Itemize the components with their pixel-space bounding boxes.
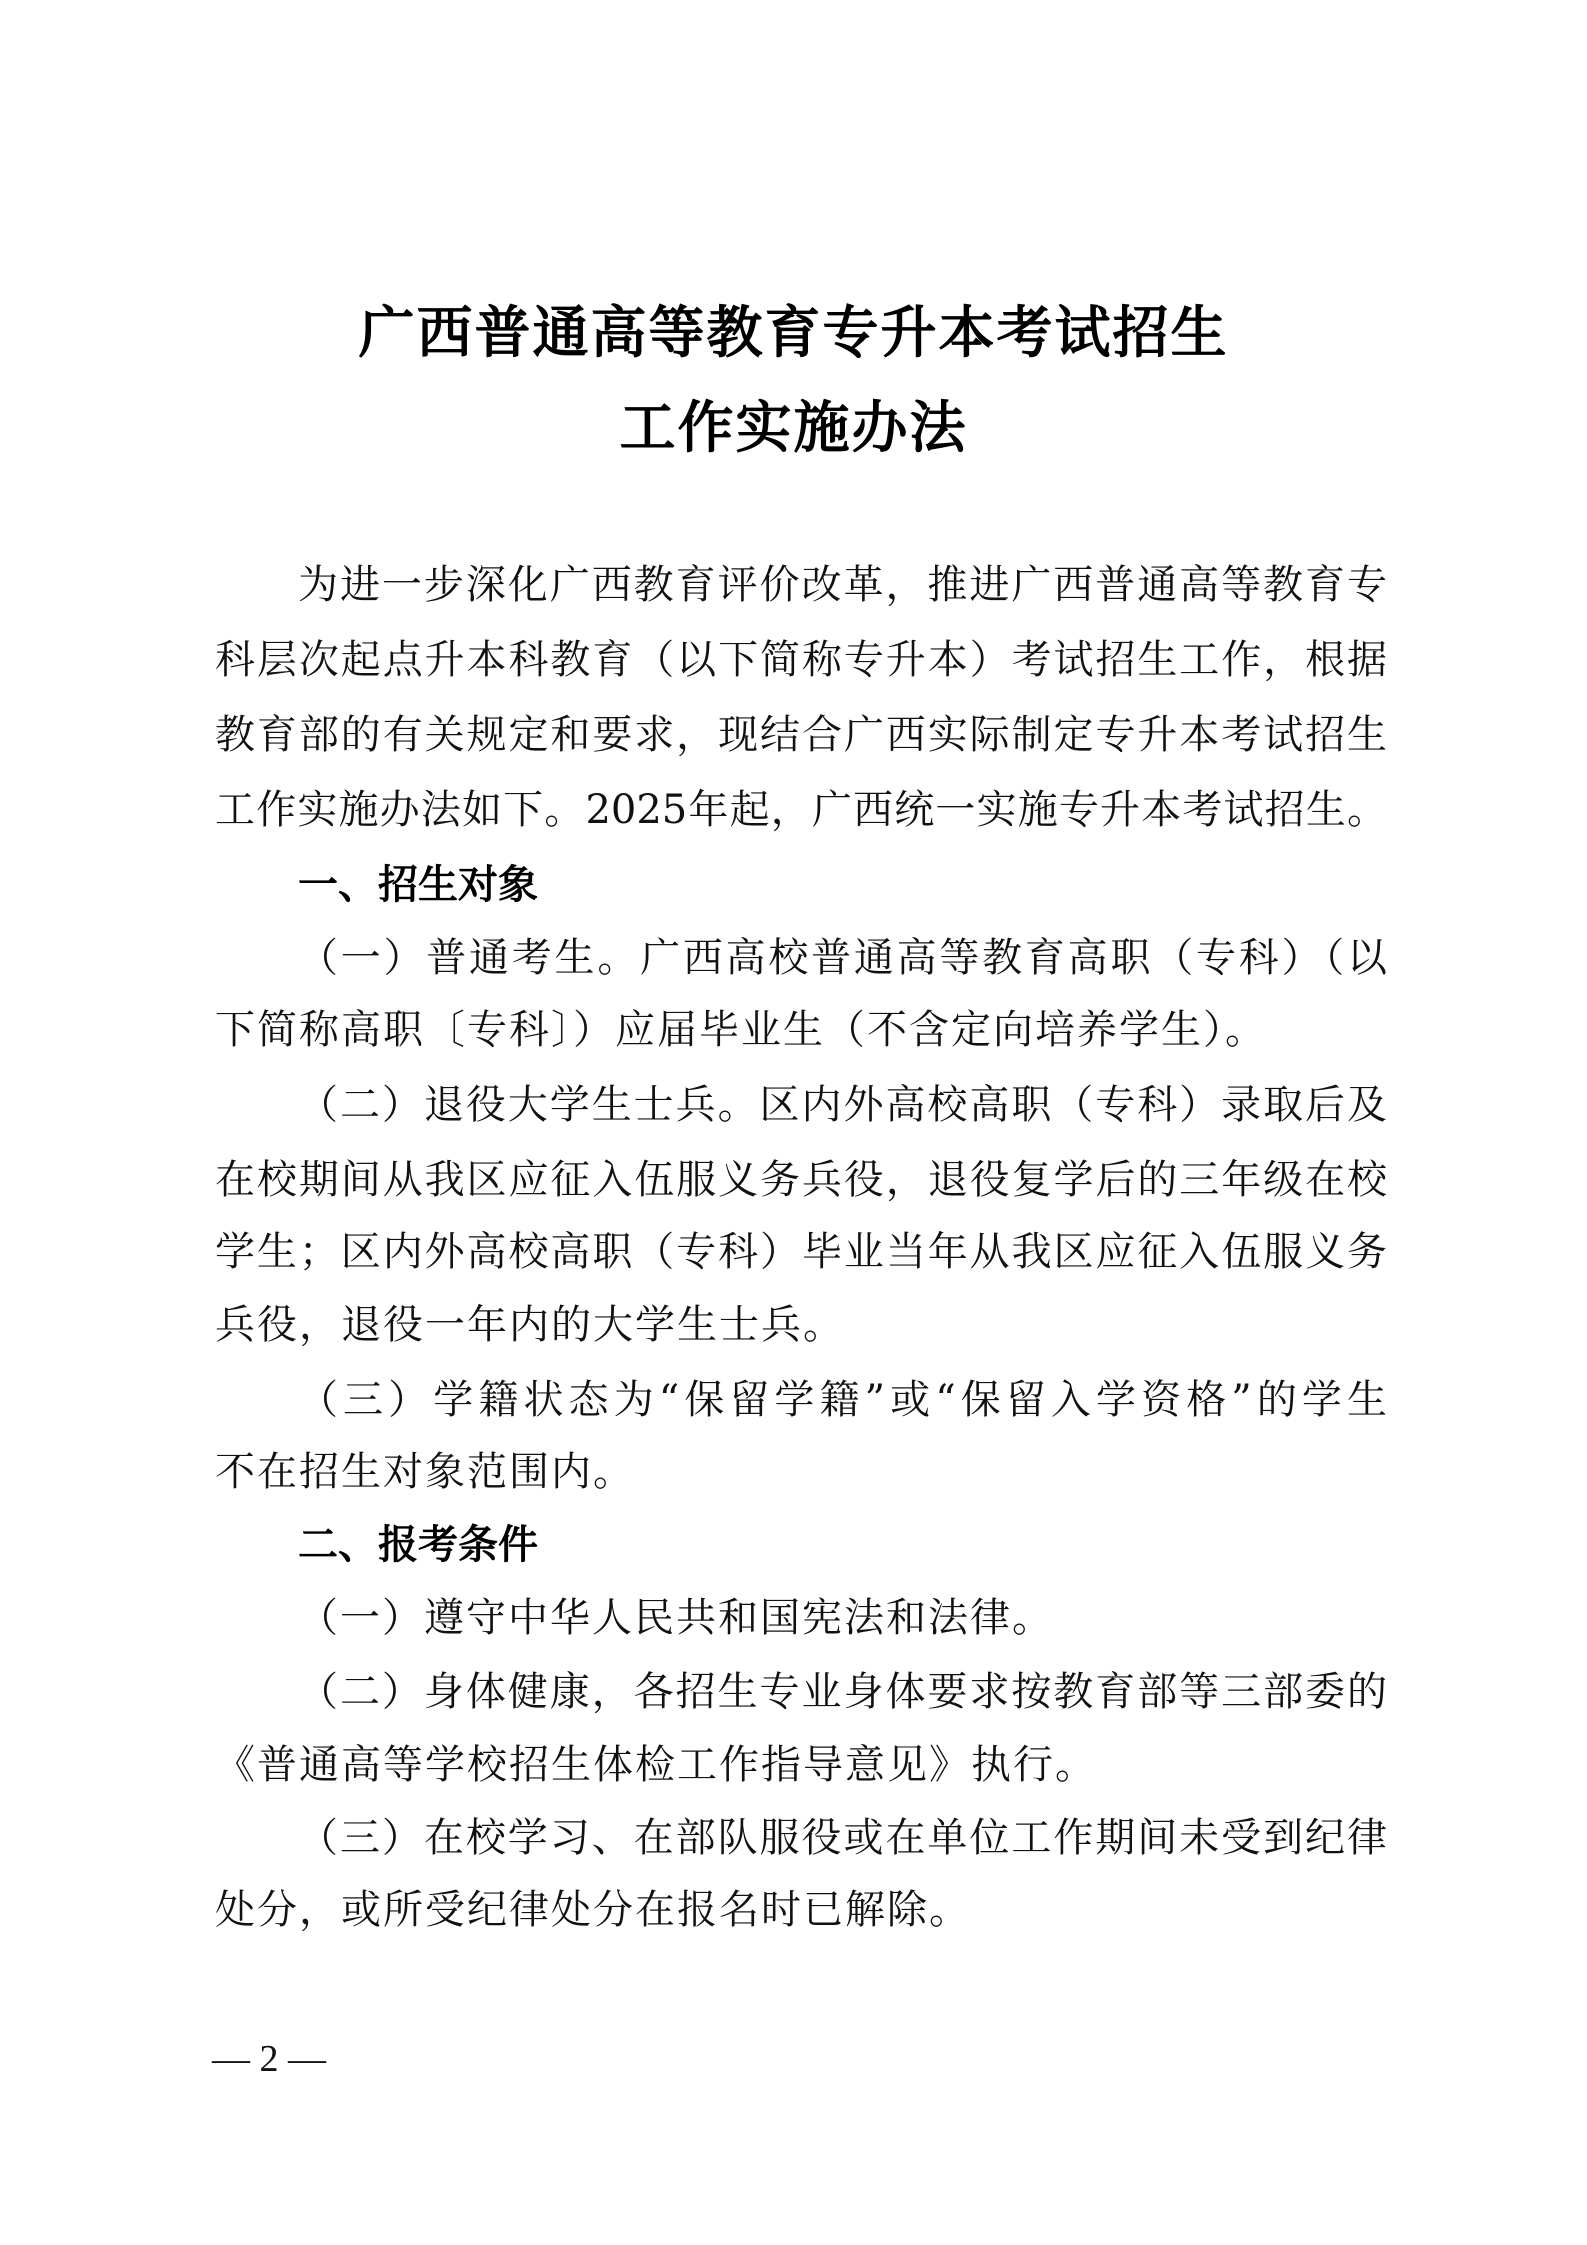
section-2-item-2-line: （二）身体健康，各招生专业身体要求按教育部等三部委的 [298,1655,1387,1729]
section-heading-enrollment-targets: 一、招生对象 [298,848,538,922]
document-title-line-1: 广西普通高等教育专升本考试招生 [0,293,1587,373]
document-title-line-2: 工作实施办法 [0,388,1587,468]
section-2-item-2-line: 《普通高等学校招生体检工作指导意见》执行。 [215,1728,1097,1802]
section-2-item-1-line: （一）遵守中华人民共和国宪法和法律。 [298,1581,1054,1655]
section-1-item-2-line: （二）退役大学生士兵。区内外高校高职（专科）录取后及 [298,1068,1387,1142]
section-2-item-3-line: 处分，或所受纪律处分在报名时已解除。 [215,1873,971,1947]
section-1-item-3-line: 不在招生对象范围内。 [215,1435,635,1509]
intro-paragraph-line: 为进一步深化广西教育评价改革，推进广西普通高等教育专 [298,548,1387,622]
section-1-item-2-line: 兵役，退役一年内的大学生士兵。 [215,1288,845,1362]
intro-paragraph-line: 科层次起点升本科教育（以下简称专升本）考试招生工作，根据 [215,623,1387,697]
section-1-item-2-line: 学生；区内外高校高职（专科）毕业当年从我区应征入伍服义务 [215,1215,1387,1289]
page-number: — 2 — [212,2034,326,2084]
document-page: 广西普通高等教育专升本考试招生 工作实施办法 为进一步深化广西教育评价改革，推进… [0,0,1587,2245]
section-1-item-3-line: （三）学籍状态为“保留学籍”或“保留入学资格”的学生 [298,1363,1387,1437]
section-1-item-1-line: 下简称高职〔专科〕）应届毕业生（不含定向培养学生）。 [215,993,1267,1067]
section-1-item-2-line: 在校期间从我区应征入伍服义务兵役，退役复学后的三年级在校 [215,1143,1387,1217]
intro-paragraph-line: 工作实施办法如下。2025年起，广西统一实施专升本考试招生。 [215,773,1387,847]
section-1-item-1-line: （一）普通考生。广西高校普通高等教育高职（专科）（以 [298,921,1387,995]
intro-paragraph-line: 教育部的有关规定和要求，现结合广西实际制定专升本考试招生 [215,698,1387,772]
section-heading-application-requirements: 二、报考条件 [298,1508,538,1582]
section-2-item-3-line: （三）在校学习、在部队服役或在单位工作期间未受到纪律 [298,1801,1387,1875]
